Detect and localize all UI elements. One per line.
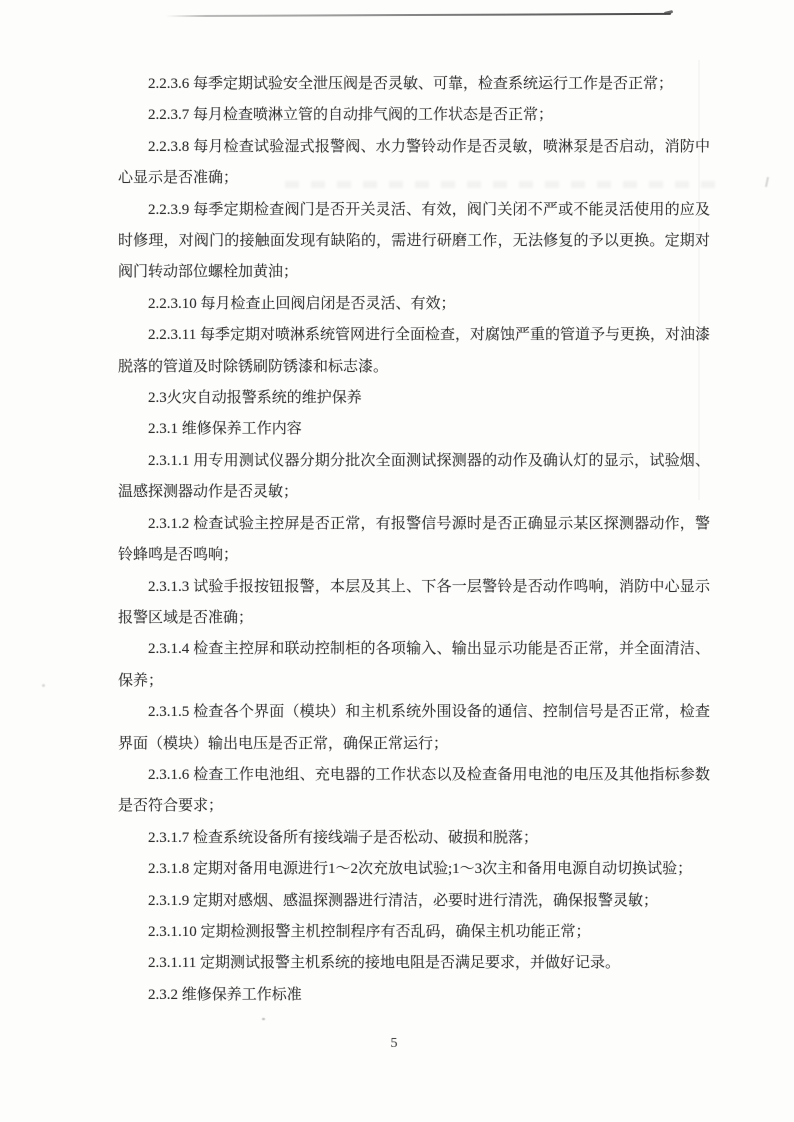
scan-speck [262,1018,265,1020]
document-body: 2.2.3.6 每季定期试验安全泄压阀是否灵敏、可靠，检查系统运行工作是否正常；… [118,69,710,1011]
paragraph-2-3-1-7: 2.3.1.7 检查系统设备所有接线端子是否松动、破损和脱落； [118,823,710,854]
page-number: 5 [0,1036,788,1052]
paragraph-2-3-1-5: 2.3.1.5 检查各个界面（模块）和主机系统外围设备的通信、控制信号是否正常，… [118,697,710,760]
paragraph-2-3-1-3: 2.3.1.3 试验手报按钮报警，本层及其上、下各一层警铃是否动作鸣响，消防中心… [118,572,710,635]
section-heading-2-3-1: 2.3.1 维修保养工作内容 [118,414,710,445]
section-heading-2-3: 2.3火灾自动报警系统的维护保养 [118,383,710,414]
paragraph-2-2-3-9: 2.2.3.9 每季定期检查阀门是否开关灵活、有效，阀门关闭不严或不能灵活使用的… [118,195,710,289]
paragraph-2-2-3-10: 2.2.3.10 每月检查止回阀启闭是否灵活、有效； [118,289,710,320]
paragraph-2-3-1-6: 2.3.1.6 检查工作电池组、充电器的工作状态以及检查备用电池的电压及其他指标… [118,760,710,823]
paragraph-2-2-3-6: 2.2.3.6 每季定期试验安全泄压阀是否灵敏、可靠，检查系统运行工作是否正常； [118,69,710,100]
paragraph-2-2-3-7: 2.2.3.7 每月检查喷淋立管的自动排气阀的工作状态是否正常； [118,100,710,131]
paragraph-2-3-1-1: 2.3.1.1 用专用测试仪器分期分批次全面测试探测器的动作及确认灯的显示，试验… [118,446,710,509]
paragraph-2-3-1-9: 2.3.1.9 定期对感烟、感温探测器进行清洁，必要时进行清洗，确保报警灵敏； [118,886,710,917]
paragraph-2-2-3-8: 2.2.3.8 每月检查试验湿式报警阀、水力警铃动作是否灵敏，喷淋泵是否启动，消… [118,132,710,195]
section-heading-2-3-2: 2.3.2 维修保养工作标准 [118,980,710,1011]
paragraph-2-3-1-11: 2.3.1.11 定期测试报警主机系统的接地电阻是否满足要求，并做好记录。 [118,948,710,979]
paragraph-2-3-1-4: 2.3.1.4 检查主控屏和联动控制柜的各项输入、输出显示功能是否正常，并全面清… [118,634,710,697]
paragraph-2-3-1-10: 2.3.1.10 定期检测报警主机控制程序有否乱码，确保主机功能正常； [118,917,710,948]
paragraph-2-3-1-8: 2.3.1.8 定期对备用电源进行1～2次充放电试验;1～3次主和备用电源自动切… [118,854,710,885]
scan-mark [765,177,769,187]
scan-artifact-line [166,13,671,17]
paragraph-2-2-3-11: 2.2.3.11 每季定期对喷淋系统管网进行全面检查，对腐蚀严重的管道予与更换，… [118,320,710,383]
paragraph-2-3-1-2: 2.3.1.2 检查试验主控屏是否正常，有报警信号源时是否正确显示某区探测器动作… [118,509,710,572]
scan-speck [42,684,45,687]
document-page: 2.2.3.6 每季定期试验安全泄压阀是否灵敏、可靠，检查系统运行工作是否正常；… [0,0,794,1122]
